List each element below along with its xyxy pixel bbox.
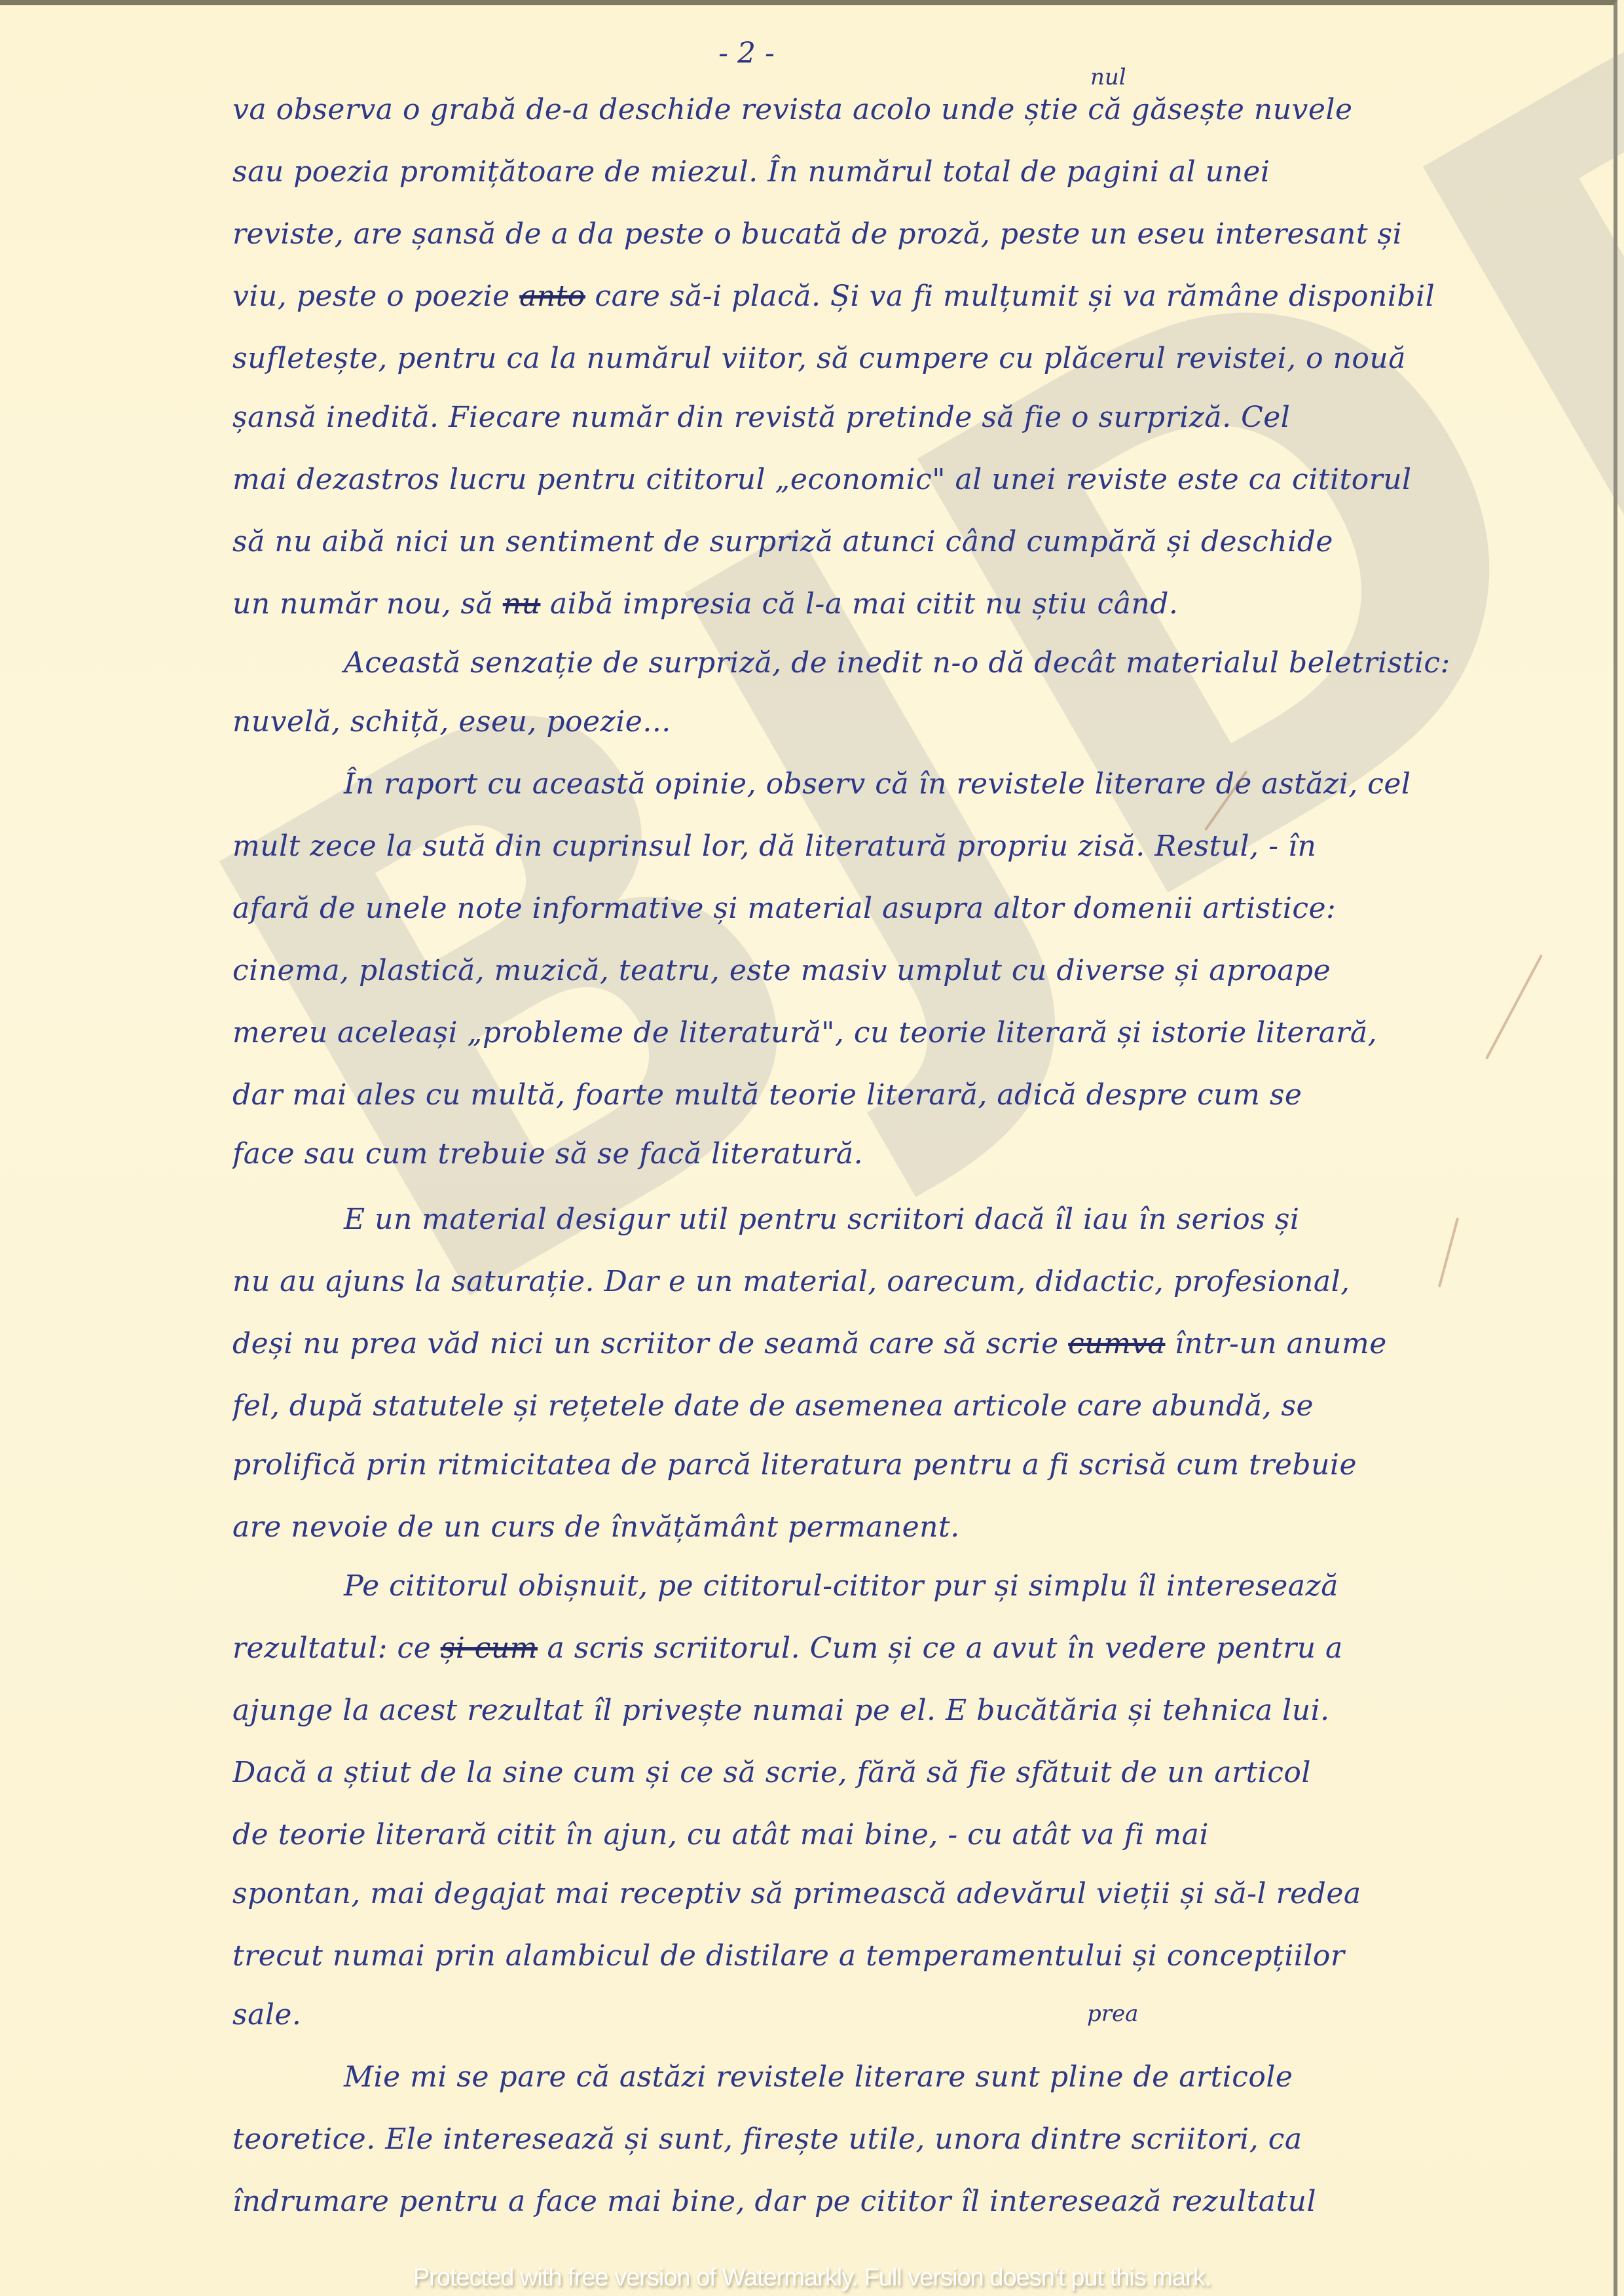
manuscript-line: deși nu prea văd nici un scriitor de sea… <box>232 1324 1581 1364</box>
struck-word: cumva <box>1068 1327 1165 1360</box>
page-number: - 2 - <box>681 37 812 70</box>
manuscript-line: spontan, mai degajat mai receptiv să pri… <box>232 1874 1581 1914</box>
manuscript-line: trecut numai prin alambicul de distilare… <box>232 1937 1581 1976</box>
manuscript-line: îndrumare pentru a face mai bine, dar pe… <box>232 2182 1581 2221</box>
manuscript-line: nu au ajuns la saturație. Dar e un mater… <box>232 1262 1581 1302</box>
struck-word: nu <box>503 587 541 621</box>
manuscript-line: Pe cititorul obișnuit, pe cititorul-citi… <box>232 1567 1581 1606</box>
manuscript-line: Dacă a știut de la sine cum și ce să scr… <box>232 1753 1581 1793</box>
manuscript-line: face sau cum trebuie să se facă literatu… <box>232 1135 1581 1174</box>
manuscript-line: are nevoie de un curs de învățământ perm… <box>232 1508 1581 1547</box>
manuscript-line: de teorie literară citit în ajun, cu atâ… <box>232 1815 1581 1855</box>
manuscript-line: un număr nou, să nu aibă impresia că l-a… <box>232 585 1581 624</box>
manuscript-line: ajunge la acest rezultat îl privește num… <box>232 1691 1581 1730</box>
manuscript-line: sufletește, pentru ca la numărul viitor,… <box>232 339 1581 378</box>
manuscript-line: reviste, are șansă de a da peste o bucat… <box>232 215 1581 254</box>
watermarkly-footer-notice: Protected with free version of Watermark… <box>0 2264 1624 2292</box>
struck-word: anto <box>519 280 585 313</box>
manuscript-line: viu, peste o poezie anto care să-i placă… <box>232 277 1581 316</box>
manuscript-line: sau poezia promițătoare de miezul. În nu… <box>232 153 1581 192</box>
manuscript-line: fel, după statutele și rețetele date de … <box>232 1387 1581 1426</box>
manuscript-line: mereu aceleași „probleme de literatură",… <box>232 1013 1581 1053</box>
interlinear-insertion: nul <box>1090 64 1126 90</box>
manuscript-line: mult zece la sută din cuprinsul lor, dă … <box>232 827 1581 866</box>
manuscript-line: sale. <box>232 1995 1581 2035</box>
manuscript-line: mai dezastros lucru pentru cititorul „ec… <box>232 460 1581 500</box>
manuscript-page: BJDB - 2 - nulprea va observa o grabă de… <box>0 0 1617 2296</box>
manuscript-line: rezultatul: ce și cum a scris scriitorul… <box>232 1629 1581 1668</box>
manuscript-line: teoretice. Ele interesează și sunt, fire… <box>232 2120 1581 2159</box>
struck-word: și cum <box>441 1631 538 1665</box>
manuscript-line: cinema, plastică, muzică, teatru, este m… <box>232 951 1581 991</box>
manuscript-line: dar mai ales cu multă, foarte multă teor… <box>232 1076 1581 1115</box>
manuscript-line: șansă inedită. Fiecare număr din revistă… <box>232 398 1581 437</box>
manuscript-line: prolifică prin ritmicitatea de parcă lit… <box>232 1446 1581 1485</box>
manuscript-line: Această senzație de surpriză, de inedit … <box>232 644 1581 683</box>
manuscript-line: va observa o grabă de-a deschide revista… <box>232 90 1581 130</box>
manuscript-line: afară de unele note informative și mater… <box>232 889 1581 928</box>
manuscript-line: E un material desigur util pentru scriit… <box>232 1200 1581 1239</box>
manuscript-line: Mie mi se pare că astăzi revistele liter… <box>232 2058 1581 2097</box>
manuscript-line: În raport cu această opinie, observ că î… <box>232 765 1581 804</box>
manuscript-line: nuvelă, schiță, eseu, poezie... <box>232 702 1581 742</box>
manuscript-line: să nu aibă nici un sentiment de surpriză… <box>232 522 1581 562</box>
